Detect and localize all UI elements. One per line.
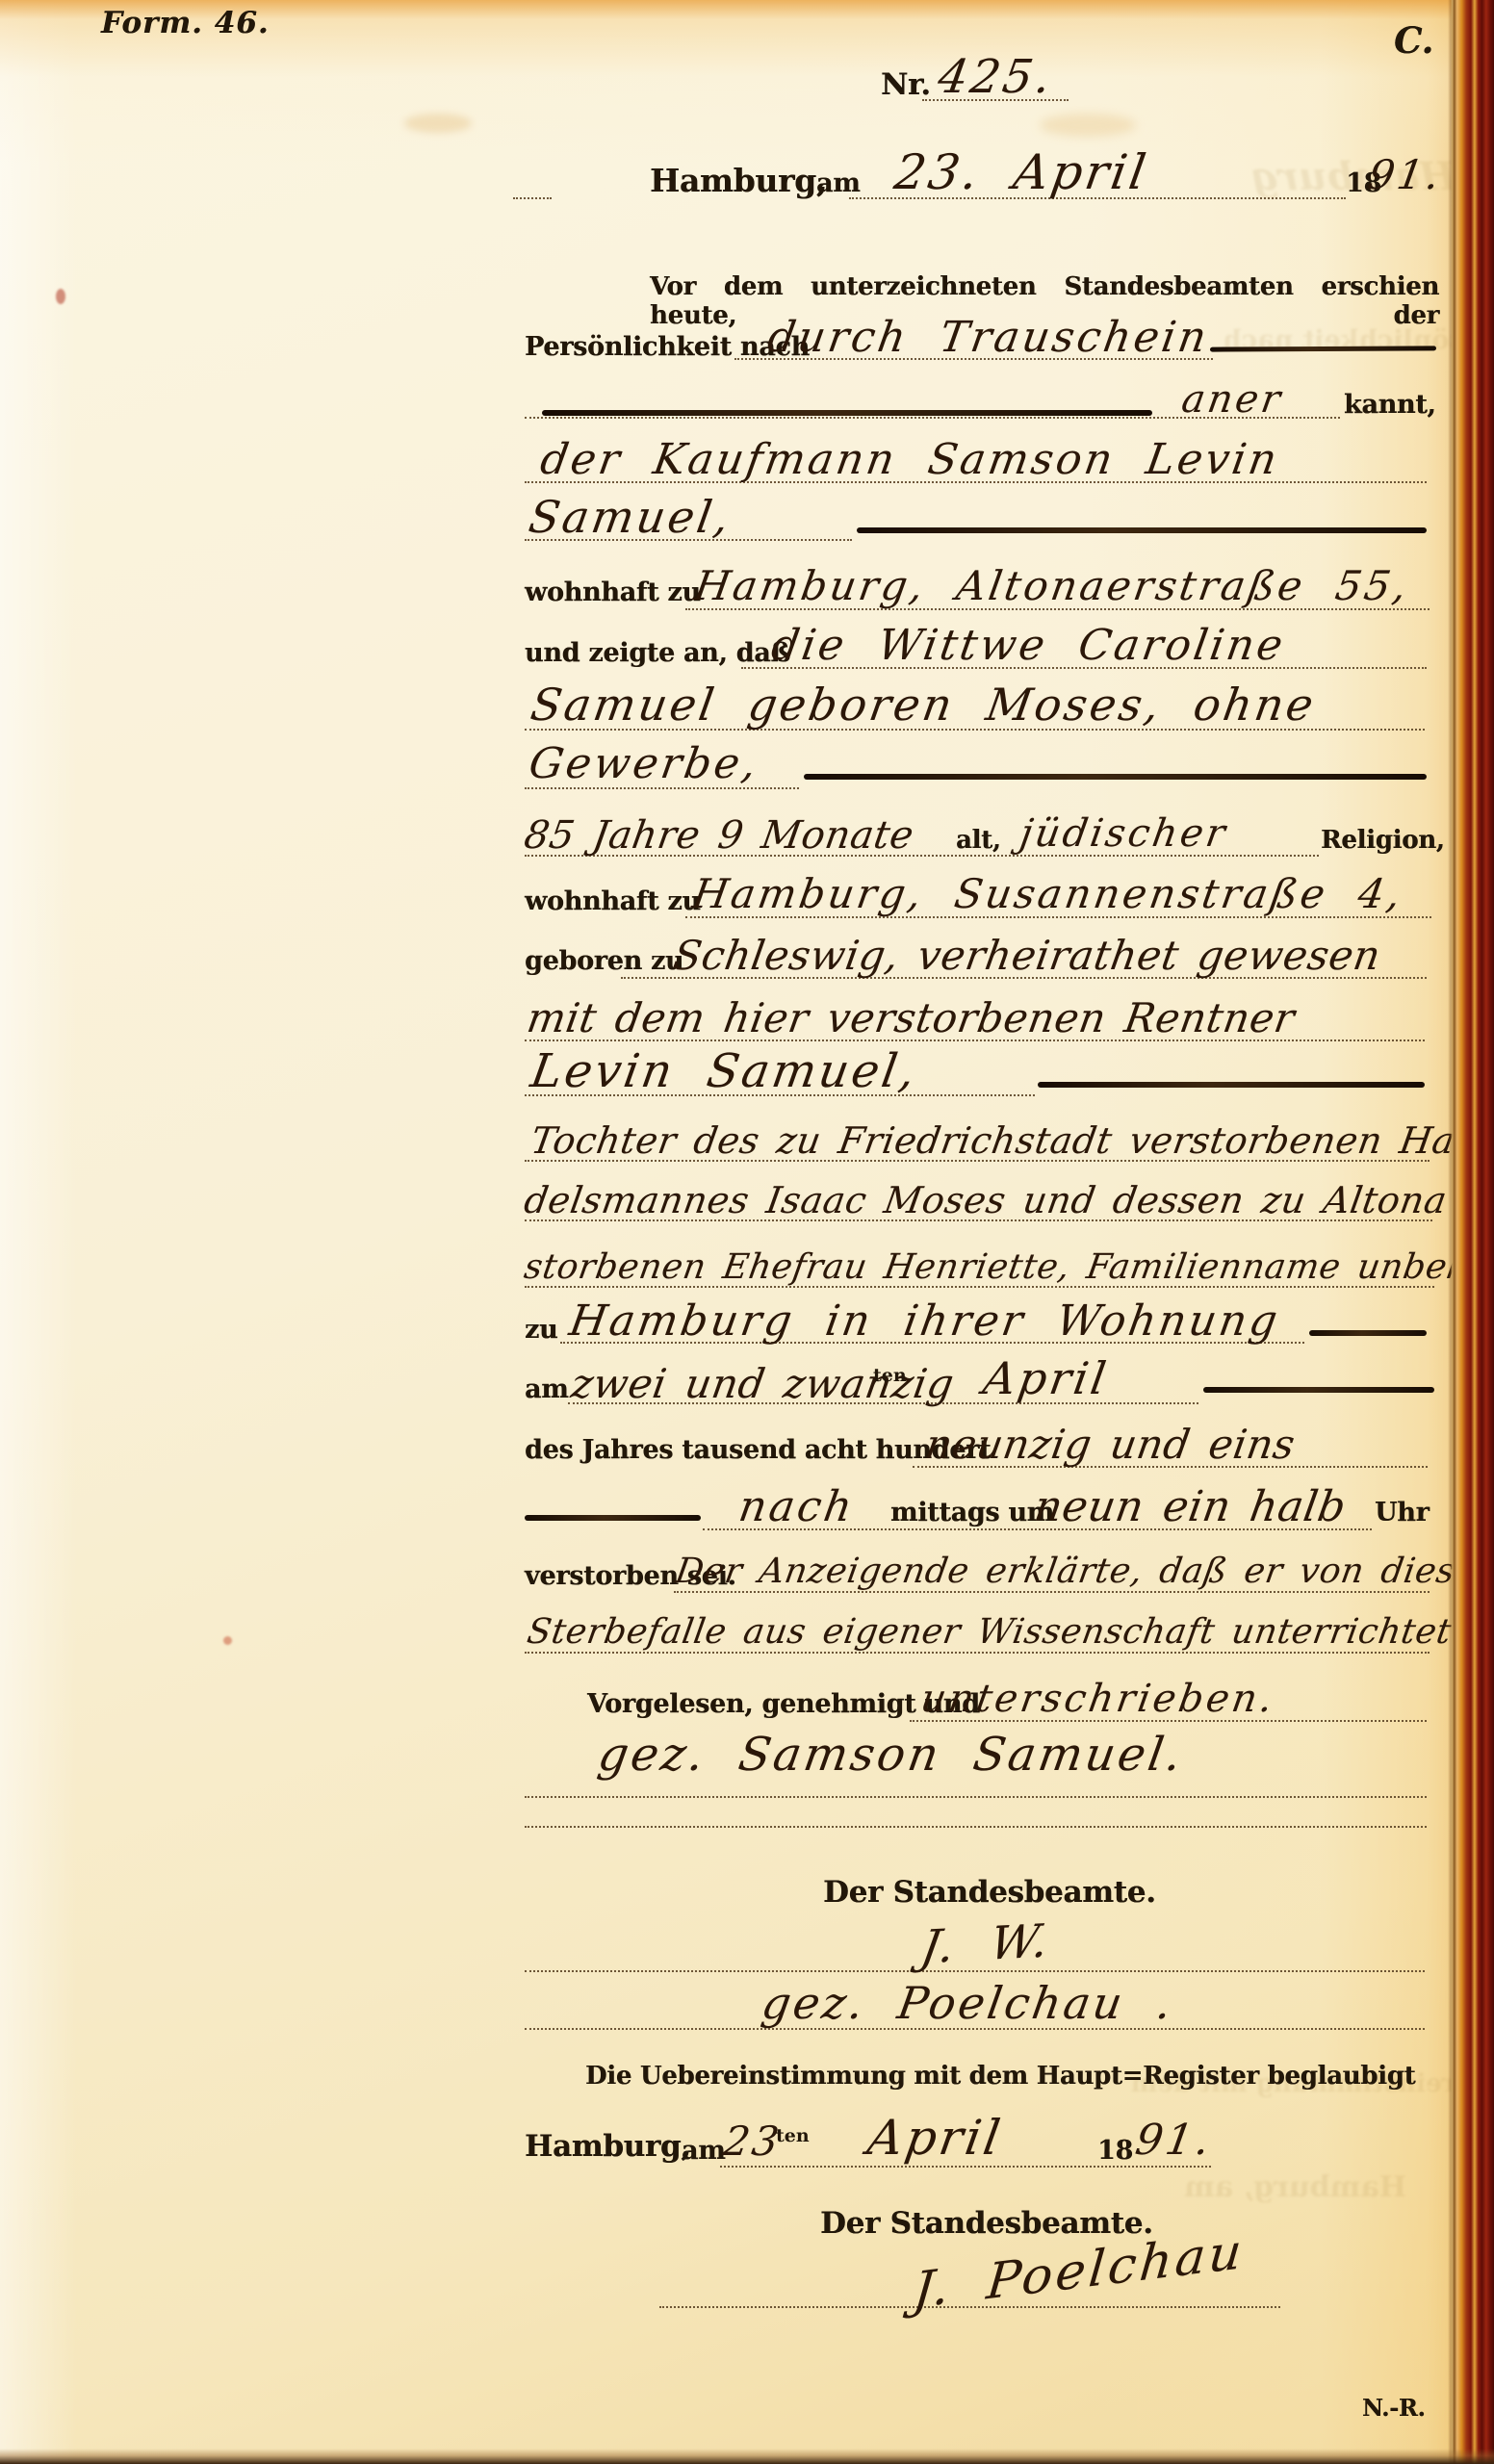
- ink-rule: [1038, 1082, 1425, 1088]
- religion-handwritten: jüdischer: [1017, 811, 1230, 856]
- ink-rule: [1203, 1387, 1434, 1393]
- identity-value: durch Trauschein: [764, 313, 1213, 362]
- statement-line1: Der Anzeigende erklärte, daß er von dies…: [673, 1552, 1494, 1591]
- declarant-name-line2: Samuel,: [526, 491, 735, 543]
- certification-text: Die Uebereinstimmung mit dem Haupt=Regis…: [585, 2062, 1415, 2091]
- spouse-line1: mit dem hier verstorbenen Rentner: [524, 994, 1298, 1041]
- page-letter: C.: [1394, 19, 1433, 62]
- deceased-line2: Samuel geboren Moses, ohne: [528, 679, 1320, 731]
- form-number: Form. 46.: [101, 6, 270, 40]
- year-handwritten: 91.: [1365, 151, 1446, 198]
- uhr-label: Uhr: [1375, 1498, 1430, 1527]
- certification-year-printed: 18: [1097, 2136, 1133, 2166]
- ink-rule: [542, 410, 1152, 416]
- deceased-line1: die Wittwe Caroline: [768, 621, 1289, 670]
- age-handwritten: 85 Jahre 9 Monate: [521, 813, 916, 858]
- place-of-death: Hamburg in ihrer Wohnung: [566, 1296, 1283, 1346]
- declarant-signature: gez. Samson Samuel.: [595, 1728, 1188, 1782]
- ten-superscript: ten: [873, 1365, 907, 1386]
- ink-rule: [1309, 1330, 1427, 1336]
- registrar-initials: J. W.: [917, 1914, 1055, 1975]
- bleedthrough-text: Hamburg, am: [1184, 2170, 1406, 2204]
- dotted-rule: [674, 1591, 1430, 1593]
- statement-line2: Sterbefalle aus eigener Wissenschaft unt…: [525, 1612, 1494, 1652]
- registrar-title-2: Der Standesbeamte.: [820, 2206, 1153, 2241]
- paper-stain: [56, 289, 65, 304]
- ink-rule: [525, 1515, 701, 1521]
- footer-mark: N.-R.: [1362, 2394, 1426, 2422]
- deceased-line3: Gewerbe,: [526, 739, 762, 788]
- residence-label: wohnhaft zu: [525, 577, 701, 607]
- alt-label: alt,: [956, 826, 1001, 855]
- dotted-rule: [525, 1826, 1427, 1828]
- book-binding-edge: [1448, 0, 1494, 2464]
- dotted-rule: [720, 2166, 1211, 2168]
- unterschrieben-handwritten: unterschrieben.: [917, 1677, 1278, 1721]
- paper-stain: [404, 114, 472, 133]
- death-month: April: [980, 1352, 1113, 1404]
- record-number-value: 425.: [935, 50, 1058, 104]
- anerkannt-handwritten: aner: [1178, 377, 1286, 422]
- death-year: neunzig und eins: [922, 1421, 1299, 1468]
- death-register-page: Hamburg Persönlichkeit nach Die Ueberein…: [0, 0, 1494, 2464]
- mittags-label: mittags um: [890, 1498, 1054, 1527]
- registrar-name-signature: gez. Poelchau .: [759, 1977, 1178, 2029]
- dotted-rule: [922, 99, 1069, 101]
- born-handwritten: Schleswig, verheirathet gewesen: [670, 932, 1384, 979]
- paper-stain: [223, 1636, 232, 1645]
- time-of-death: neun ein halb: [1031, 1482, 1350, 1531]
- dotted-rule: [525, 1796, 1427, 1798]
- registrar-title-1: Der Standesbeamte.: [823, 1875, 1156, 1910]
- ink-rule: [804, 774, 1427, 780]
- residence-label-2: wohnhaft zu: [525, 886, 701, 916]
- deceased-residence: Hamburg, Susannenstraße 4,: [689, 870, 1406, 917]
- dotted-rule: [513, 197, 552, 199]
- zu-label: zu: [525, 1315, 557, 1345]
- certification-month: April: [863, 2110, 1006, 2166]
- parents-line2: delsmannes Isaac Moses und dessen zu Alt…: [522, 1179, 1494, 1221]
- anerkannt-printed: kannt,: [1344, 390, 1436, 420]
- date-line-city: Hamburg,: [650, 162, 827, 199]
- certification-year-handwritten: 91.: [1132, 2116, 1216, 2165]
- declarant-name-line1: der Kaufmann Samson Levin: [537, 435, 1283, 484]
- parents-line1: Tochter des zu Friedrichstadt verstorben…: [528, 1119, 1494, 1162]
- record-number-label: Nr.: [881, 67, 931, 102]
- year-label: des Jahres tausend acht hundert: [525, 1435, 991, 1465]
- meridiem-handwritten: nach: [735, 1482, 859, 1531]
- paper-stain: [1040, 114, 1136, 137]
- born-label: geboren zu: [525, 946, 683, 976]
- certification-city: Hamburg,: [525, 2129, 691, 2164]
- declarant-residence: Hamburg, Altonaerstraße 55,: [691, 562, 1412, 609]
- am-label: am: [525, 1374, 568, 1404]
- report-label: und zeigte an, daß: [525, 638, 790, 668]
- ten-superscript-2: ten: [776, 2125, 810, 2146]
- parents-line3: storbenen Ehefrau Henriette, Familiennam…: [522, 1247, 1494, 1287]
- religion-label: Religion,: [1321, 826, 1445, 855]
- dotted-rule: [525, 1652, 1430, 1654]
- date-line-am: am: [816, 168, 860, 198]
- ink-rule: [857, 527, 1427, 533]
- spouse-line2: Levin Samuel,: [528, 1044, 922, 1098]
- page-bottom-edge: [0, 2449, 1494, 2464]
- date-handwritten: 23. April: [890, 144, 1152, 200]
- certification-am: am: [682, 2136, 725, 2166]
